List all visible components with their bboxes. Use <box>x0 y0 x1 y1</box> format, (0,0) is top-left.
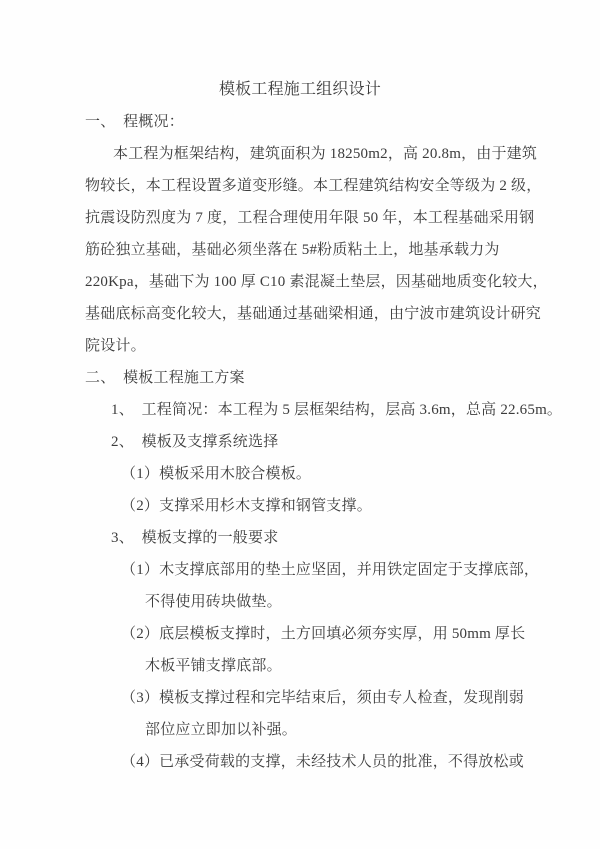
list-item: （4）已承受荷载的支撑，未经技术人员的批准，不得放松或 <box>121 746 515 778</box>
list-item: （1）木支撑底部用的垫土应坚固，并用铁定固定于支撑底部， <box>121 554 515 586</box>
paragraph-line: 基础底标高变化较大，基础通过基础梁相通，由宁波市建筑设计研究 <box>85 298 515 330</box>
paragraph-line: 物较长，本工程设置多道变形缝。本工程建筑结构安全等级为 2 级， <box>85 170 515 202</box>
document-page: 模板工程施工组织设计 一、 程概况： 本工程为框架结构，建筑面积为 18250m… <box>0 0 600 849</box>
paragraph-line: 抗震设防烈度为 7 度，工程合理使用年限 50 年，本工程基础采用钢 <box>85 202 515 234</box>
paragraph-line: 220Kpa，基础下为 100 厚 C10 素混凝土垫层，因基础地质变化较大， <box>85 266 515 298</box>
paragraph-line: 筋砼独立基础，基础必须坐落在 5#粉质粘土上，地基承载力为 <box>85 234 515 266</box>
list-item-continuation: 不得使用砖块做垫。 <box>145 586 515 618</box>
list-item-continuation: 木板平铺支撑底部。 <box>145 650 515 682</box>
list-item: （1）模板采用木胶合模板。 <box>121 458 515 490</box>
section-heading-scheme: 二、 模板工程施工方案 <box>85 362 515 394</box>
list-item: （2）底层模板支撑时，土方回填必须夯实厚，用 50mm 厚长 <box>121 618 515 650</box>
list-item-continuation: 部位应立即加以补强。 <box>145 714 515 746</box>
list-item: （2）支撑采用杉木支撑和钢管支撑。 <box>121 490 515 522</box>
numbered-item: 1、 工程简况：本工程为 5 层框架结构，层高 3.6m，总高 22.65m。 <box>111 394 515 426</box>
paragraph-line: 院设计。 <box>85 330 515 362</box>
document-body: 模板工程施工组织设计 一、 程概况： 本工程为框架结构，建筑面积为 18250m… <box>85 74 515 778</box>
list-item: （3）模板支撑过程和完毕结束后，须由专人检查，发现削弱 <box>121 682 515 714</box>
document-title: 模板工程施工组织设计 <box>85 74 515 106</box>
numbered-item: 3、 模板支撑的一般要求 <box>111 522 515 554</box>
section-heading-overview: 一、 程概况： <box>85 106 515 138</box>
paragraph-line: 本工程为框架结构，建筑面积为 18250m2，高 20.8m，由于建筑 <box>113 138 515 170</box>
numbered-item: 2、 模板及支撑系统选择 <box>111 426 515 458</box>
